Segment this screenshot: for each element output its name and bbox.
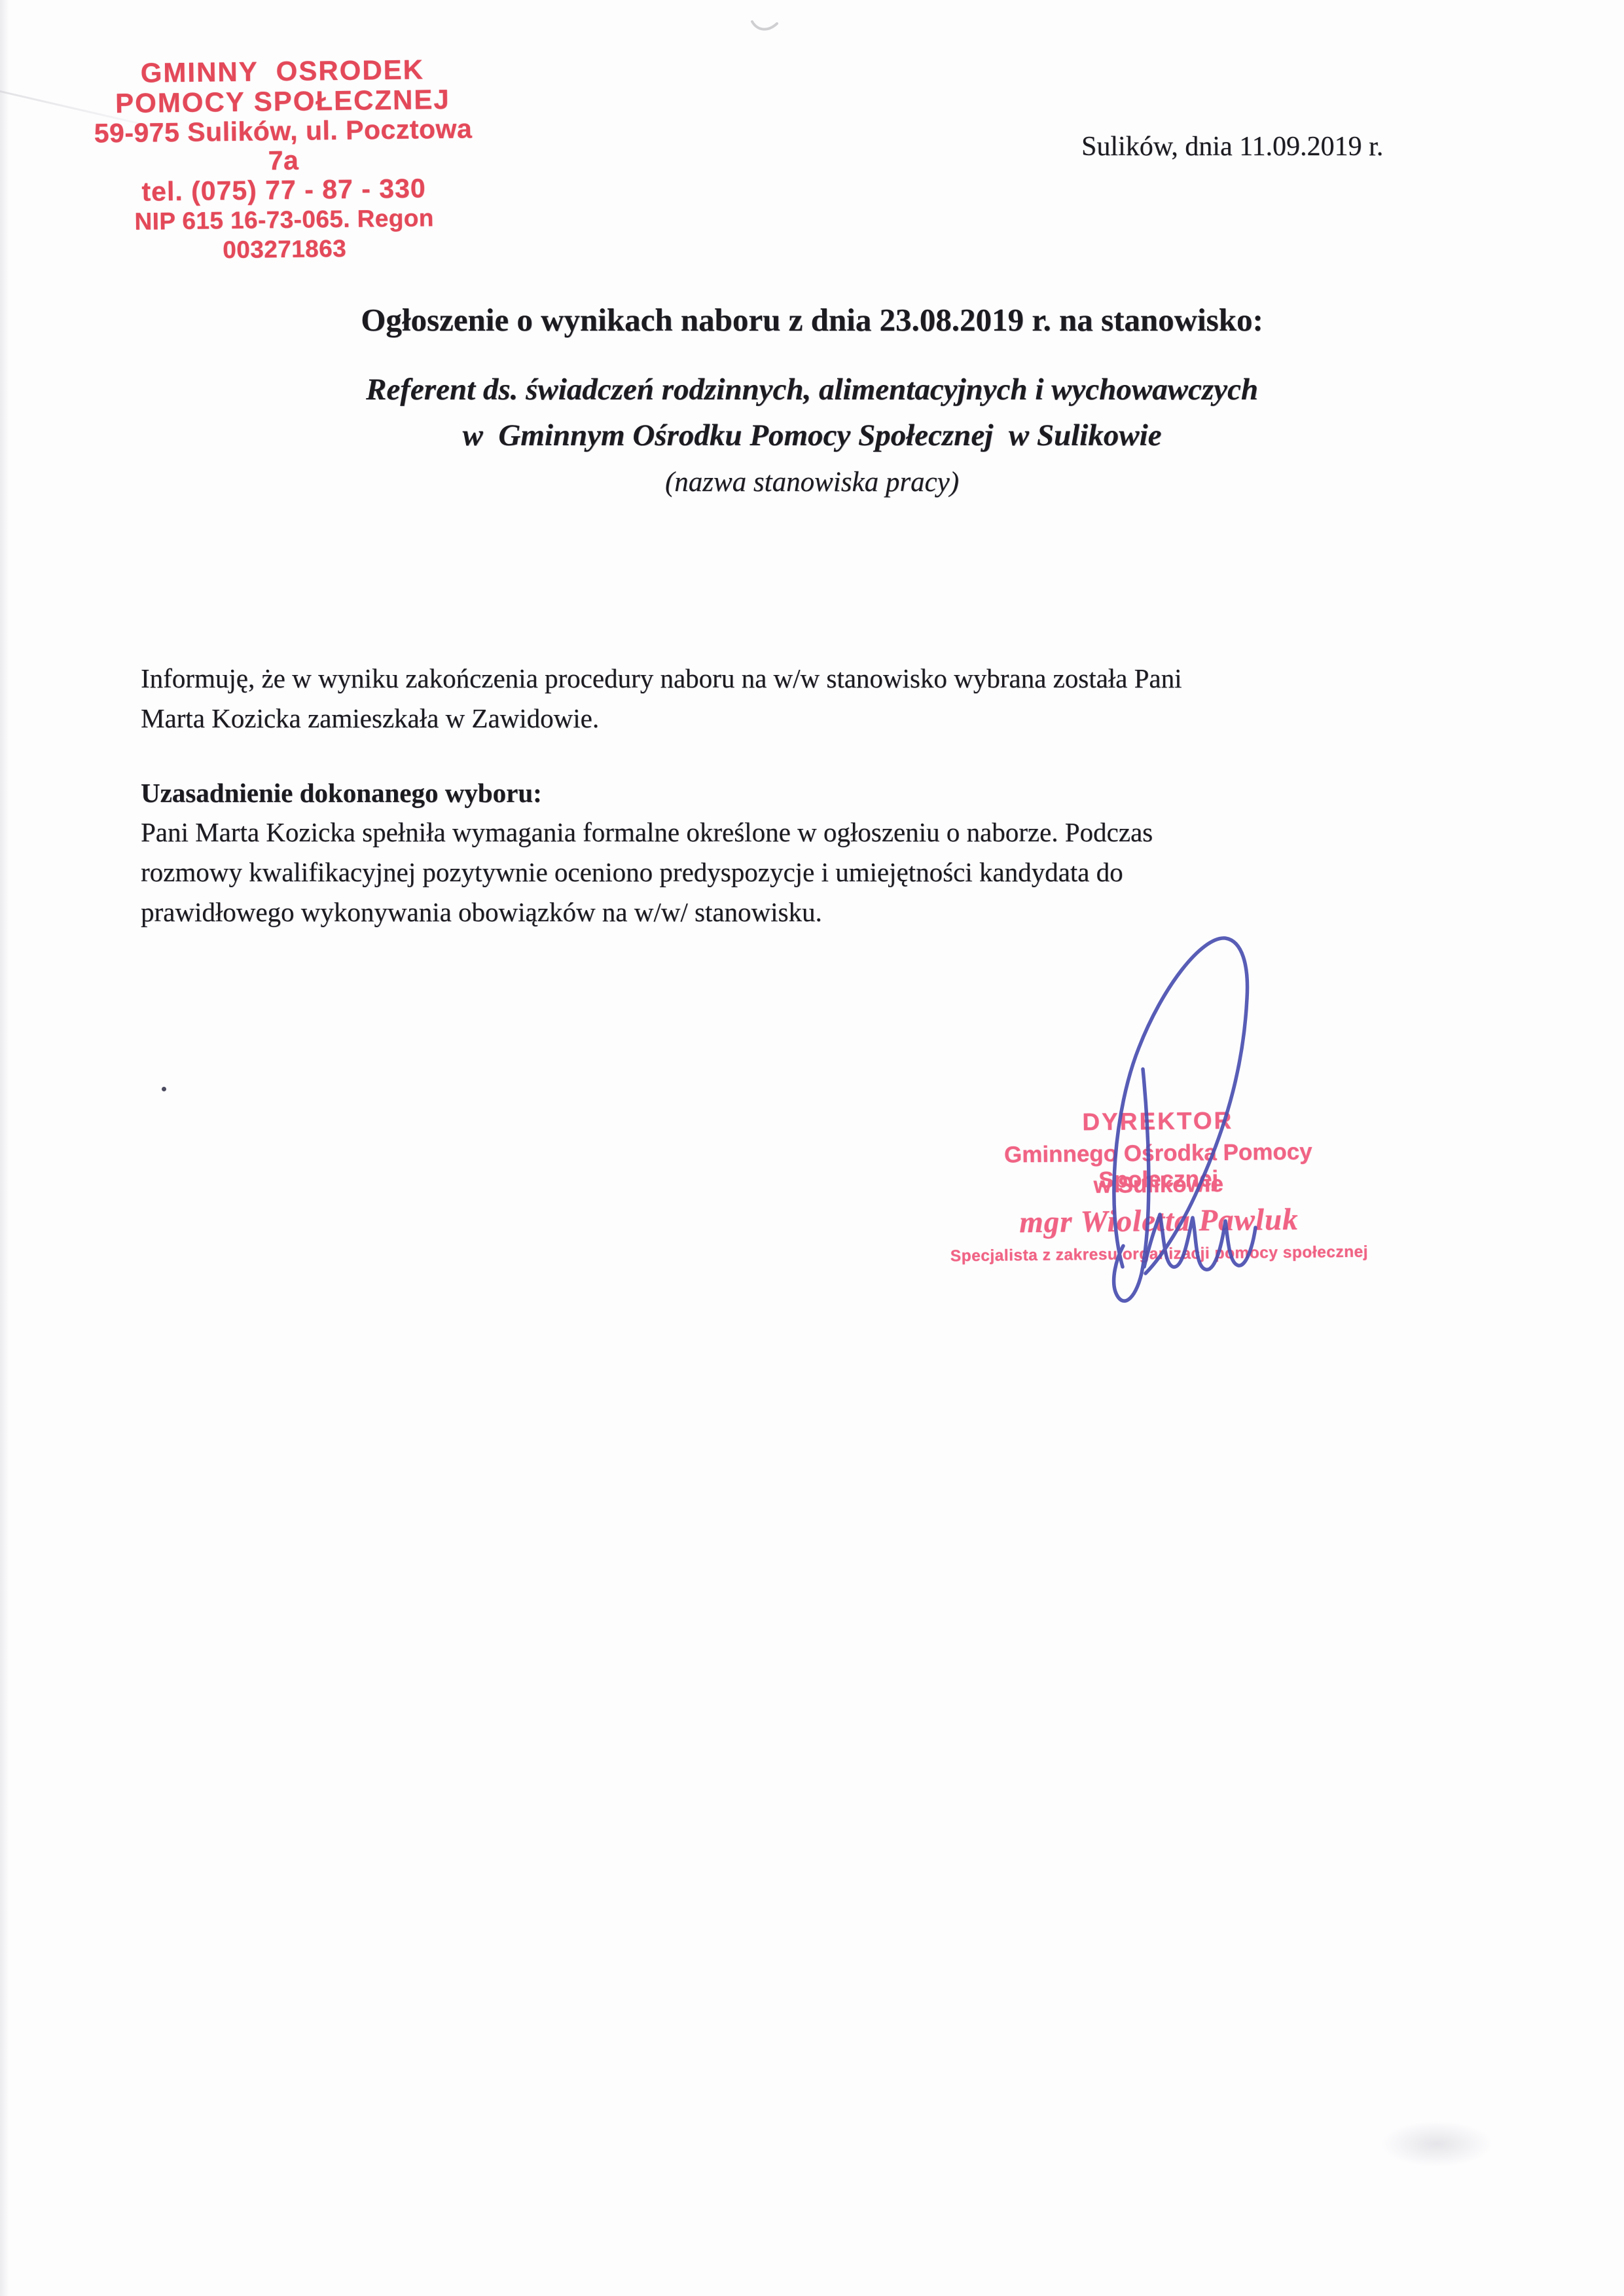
document-title: Ogłoszenie o wynikach naboru z dnia 23.0… [0,301,1624,338]
sender-stamp-line-4: tel. (075) 77 - 87 - 330 [77,173,490,208]
sender-stamp-line-3: 59-975 Sulików, ul. Pocztowa 7a [77,114,490,178]
place-and-date: Sulików, dnia 11.09.2019 r. [1081,131,1500,162]
scan-smudge-mark [750,20,779,34]
ink-speck [162,1087,166,1091]
sender-stamp-line-5: NIP 615 16-73-065. Regon 003271863 [78,202,491,266]
intro-paragraph-line-1: Informuję, że w wyniku zakończenia proce… [141,659,1326,699]
scan-smudge-bottom-right [1381,2121,1492,2167]
justification-heading: Uzasadnienie dokonanego wyboru: [141,773,1326,813]
position-caption: (nazwa stanowiska pracy) [0,466,1624,498]
position-name-line-2: w Gminnym Ośrodku Pomocy Społecznej w Su… [0,418,1624,453]
scanned-document-page: GMINNY OSRODEK POMOCY SPOŁECZNEJ 59-975 … [0,0,1624,2296]
scan-edge-shading [0,0,9,2296]
handwritten-signature [1060,926,1283,1332]
justification-paragraph-line-2: rozmowy kwalifikacyjnej pozytywnie oceni… [141,852,1326,892]
justification-paragraph: Pani Marta Kozicka spełniła wymagania fo… [141,812,1326,932]
intro-paragraph: Informuję, że w wyniku zakończenia proce… [141,659,1326,738]
sender-office-stamp: GMINNY OSRODEK POMOCY SPOŁECZNEJ 59-975 … [76,54,491,266]
position-name-line-1: Referent ds. świadczeń rodzinnych, alime… [0,372,1624,407]
justification-paragraph-line-1: Pani Marta Kozicka spełniła wymagania fo… [141,812,1326,852]
intro-paragraph-line-2: Marta Kozicka zamieszkała w Zawidowie. [141,699,1326,738]
